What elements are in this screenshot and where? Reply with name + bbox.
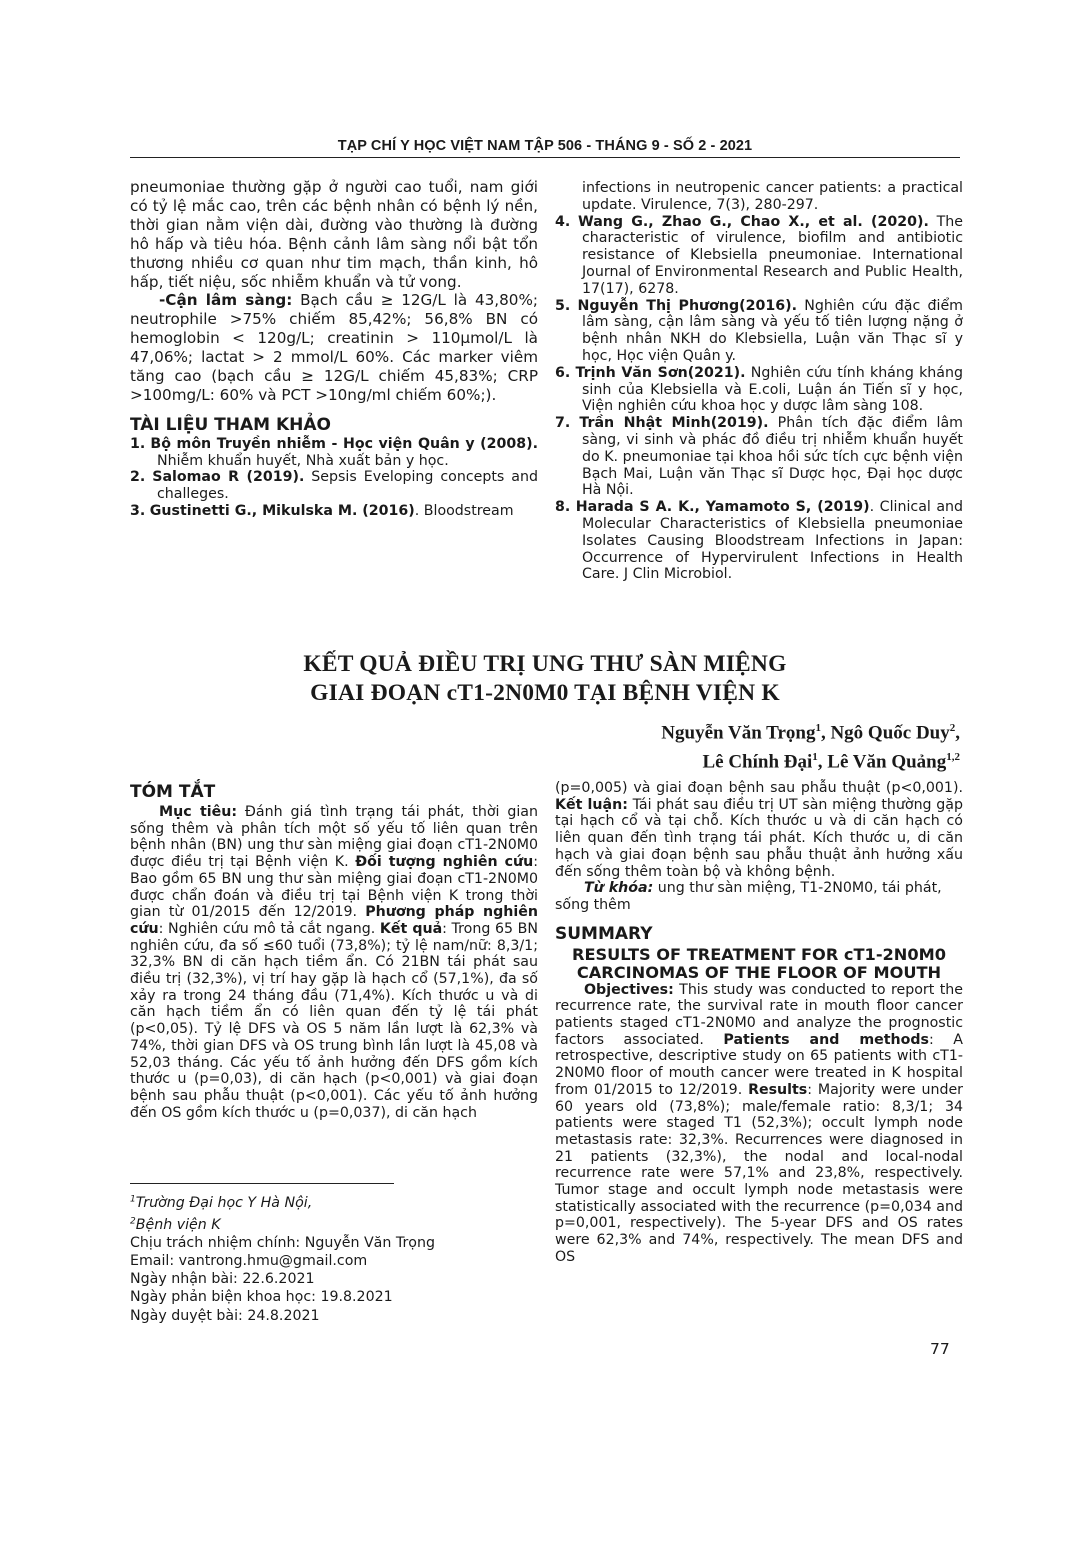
- reference-author: Gustinetti G., Mikulska M. (2016): [150, 503, 415, 519]
- reference-item: 1. Bộ môn Truyền nhiễm - Học viện Quân y…: [130, 436, 538, 470]
- reference-author: Salomao R (2019).: [152, 469, 304, 485]
- reference-number: 8.: [555, 499, 570, 515]
- objective-label: Mục tiêu:: [159, 804, 237, 820]
- results-continued: (p=0,005) và giai đoạn bệnh sau phẫu thu…: [555, 780, 963, 796]
- abstract-right-column: (p=0,005) và giai đoạn bệnh sau phẫu thu…: [555, 780, 963, 1266]
- summary-title-line1: RESULTS OF TREATMENT FOR cT1-2N0M0: [555, 946, 963, 964]
- prev-article-left-column: pneumoniae thường gặp ở người cao tuổi, …: [130, 178, 538, 520]
- reference-author: Bộ môn Truyền nhiễm - Học viện Quân y (2…: [150, 436, 538, 452]
- reference-item: 3. Gustinetti G., Mikulska M. (2016). Bl…: [130, 503, 538, 520]
- running-header: TẠP CHÍ Y HỌC VIỆT NAM TẬP 506 - THÁNG 9…: [130, 138, 960, 154]
- reference-number: 1.: [130, 436, 145, 452]
- keywords: Từ khóa: ung thư sàn miệng, T1-2N0M0, tá…: [555, 880, 963, 913]
- abstract-vi-body: Mục tiêu: Đánh giá tình trạng tái phát, …: [130, 804, 538, 1121]
- reference-number: 7.: [555, 415, 570, 431]
- author-line1: Nguyễn Văn Trọng1, Ngô Quốc Duy2,: [661, 716, 960, 745]
- received-date: Ngày nhận bài: 22.6.2021: [130, 1270, 538, 1288]
- summary-title-line2: CARCINOMAS OF THE FLOOR OF MOUTH: [555, 964, 963, 982]
- results-text: : Trong 65 BN nghiên cứu, đa số ≤60 tuổi…: [130, 921, 538, 1121]
- affiliation-1-text: Trường Đại học Y Hà Nội,: [136, 1195, 313, 1211]
- lab-paragraph: -Cận lâm sàng: Bạch cầu ≥ 12G/L là 43,80…: [130, 291, 538, 404]
- accepted-date: Ngày duyệt bài: 24.8.2021: [130, 1307, 538, 1325]
- reference-text: Nhiễm khuẩn huyết, Nhà xuất bản y học.: [157, 453, 449, 469]
- author-name: Lê Văn Quảng: [827, 752, 946, 773]
- affiliation-2-text: Bệnh viện K: [136, 1217, 221, 1233]
- reference-number: 6.: [555, 365, 570, 381]
- author-separator: ,: [818, 752, 828, 773]
- reference-number: 4.: [555, 214, 570, 230]
- subjects-label: Đối tượng nghiên cứu: [355, 854, 533, 870]
- results-label-en: Results: [748, 1082, 807, 1098]
- reference-number: 3.: [130, 503, 145, 519]
- footnote-divider: [130, 1183, 394, 1184]
- summary-heading: SUMMARY: [555, 924, 963, 944]
- affiliation-1: 1Trường Đại học Y Hà Nội,: [130, 1190, 538, 1212]
- reference-number: 2.: [130, 469, 145, 485]
- reference-item: 5. Nguyễn Thị Phương(2016). Nghiên cứu đ…: [555, 298, 963, 365]
- author-name: Nguyễn Văn Trọng: [661, 722, 815, 743]
- reference-item: 4. Wang G., Zhao G., Chao X., et al. (20…: [555, 214, 963, 298]
- keywords-label: Từ khóa:: [584, 880, 653, 896]
- references-heading: TÀI LIỆU THAM KHẢO: [130, 415, 538, 435]
- corresponding-author: Chịu trách nhiệm chính: Nguyễn Văn Trọng: [130, 1234, 538, 1252]
- reference-number: 5.: [555, 298, 570, 314]
- affiliation-2: 2Bệnh viện K: [130, 1212, 538, 1234]
- reference-item: 2. Salomao R (2019). Sepsis Eveloping co…: [130, 469, 538, 503]
- author-name: Lê Chính Đại: [702, 752, 812, 773]
- summary-body: Objectives: This study was conducted to …: [555, 982, 963, 1266]
- reference-author: Trịnh Văn Sơn(2021).: [576, 365, 746, 381]
- author-name: Ngô Quốc Duy: [830, 722, 949, 743]
- prev-article-right-column: infections in neutropenic cancer patient…: [555, 180, 963, 583]
- reference-author: Nguyễn Thị Phương(2016).: [578, 298, 798, 314]
- results-label: Kết quả: [380, 921, 442, 937]
- methods-label-en: Patients and methods: [723, 1032, 929, 1048]
- abstract-vi-continued: (p=0,005) và giai đoạn bệnh sau phẫu thu…: [555, 780, 963, 880]
- author-list: Nguyễn Văn Trọng1, Ngô Quốc Duy2, Lê Chí…: [661, 716, 960, 775]
- author-separator: ,: [955, 722, 960, 743]
- author-affiliation: 1,2: [946, 751, 960, 763]
- conclusion-paragraph: pneumoniae thường gặp ở người cao tuổi, …: [130, 178, 538, 291]
- objectives-label: Objectives:: [584, 982, 674, 998]
- email: Email: vantrong.hmu@gmail.com: [130, 1252, 538, 1270]
- page-number: 77: [930, 1340, 950, 1358]
- reference-item: 8. Harada S A. K., Yamamoto S, (2019). C…: [555, 499, 963, 583]
- reference-author: Harada S A. K., Yamamoto S, (2019): [576, 499, 870, 515]
- reference-item: 7. Trần Nhật Minh(2019). Phân tích đặc đ…: [555, 415, 963, 499]
- author-line2: Lê Chính Đại1, Lê Văn Quảng1,2: [661, 745, 960, 774]
- lab-label: -Cận lâm sàng:: [159, 291, 292, 309]
- reference-author: Trần Nhật Minh(2019).: [579, 415, 768, 431]
- results-text-en: : Majority were under 60 years old (73,8…: [555, 1082, 963, 1265]
- reference-item-continued: infections in neutropenic cancer patient…: [555, 180, 963, 214]
- reviewed-date: Ngày phản biện khoa học: 19.8.2021: [130, 1288, 538, 1306]
- footnotes: 1Trường Đại học Y Hà Nội, 2Bệnh viện K C…: [130, 1190, 538, 1325]
- reference-text: . Bloodstream: [415, 503, 514, 519]
- references-list-part1: 1. Bộ môn Truyền nhiễm - Học viện Quân y…: [130, 436, 538, 520]
- reference-author: Wang G., Zhao G., Chao X., et al. (2020)…: [578, 214, 929, 230]
- reference-item: 6. Trịnh Văn Sơn(2021). Nghiên cứu tính …: [555, 365, 963, 415]
- conclusion-label: Kết luận:: [555, 797, 628, 813]
- article-title: KẾT QUẢ ĐIỀU TRỊ UNG THƯ SÀN MIỆNG GIAI …: [240, 650, 850, 708]
- article-title-line2: GIAI ĐOẠN cT1-2N0M0 TẠI BỆNH VIỆN K: [240, 679, 850, 708]
- methods-text: : Nghiên cứu mô tả cắt ngang.: [159, 921, 380, 937]
- header-divider: [130, 157, 960, 158]
- abstract-vi-left: TÓM TẮT Mục tiêu: Đánh giá tình trạng tá…: [130, 778, 538, 1160]
- article-title-line1: KẾT QUẢ ĐIỀU TRỊ UNG THƯ SÀN MIỆNG: [240, 650, 850, 679]
- abstract-vi-heading: TÓM TẮT: [130, 782, 538, 802]
